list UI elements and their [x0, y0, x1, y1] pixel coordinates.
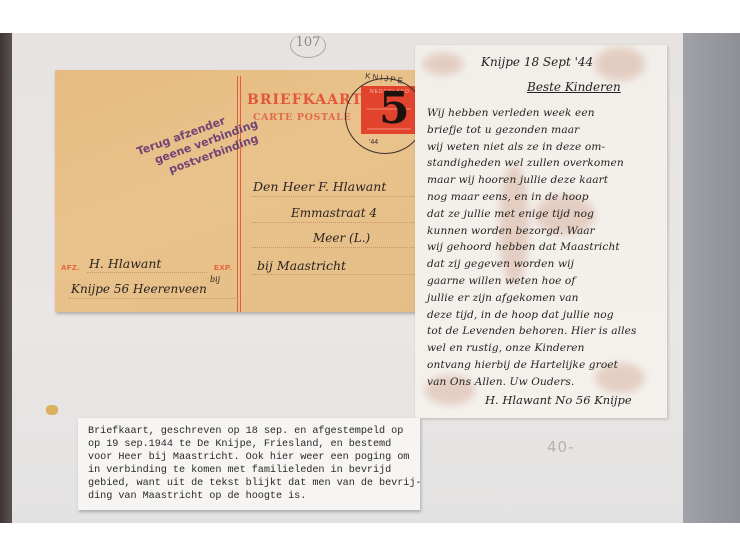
letter-line: wel en rustig, onze Kinderen	[427, 342, 585, 354]
stain	[423, 53, 463, 75]
sender-label-exp: EXP.	[214, 263, 232, 272]
sender-address: Knijpe 56 Heerenveen	[71, 282, 207, 296]
label-line: Briefkaart, geschreven op 18 sep. en afg…	[88, 426, 403, 437]
address-rule	[252, 196, 420, 197]
address-line: Meer (L.)	[313, 231, 370, 245]
letter-line: wij weten niet als ze in deze om-	[427, 141, 605, 153]
postcard-subtitle: CARTE POSTALE	[253, 112, 351, 123]
sender-name: H. Hlawant	[89, 256, 161, 271]
letter-line: standigheden wel zullen overkomen	[427, 157, 624, 169]
letter-line: Wij hebben verleden week een	[427, 107, 595, 119]
address-rule	[252, 222, 420, 223]
letter-line: wij gehoord hebben dat Maastricht	[427, 241, 620, 253]
letter-line: dat ze jullie met enige tijd nog	[427, 208, 594, 220]
letter-line: nog maar eens, en in de hoop	[427, 191, 589, 203]
sender-rule	[69, 298, 235, 299]
postcard: BRIEFKAART CARTE POSTALE NEDERLAND 5 KNI…	[55, 70, 430, 312]
letter-line: dat zij gegeven worden wij	[427, 258, 574, 270]
label-line: gebied, want uit de tekst blijkt dat men…	[88, 478, 422, 489]
stain	[595, 47, 645, 81]
sender-rule	[87, 272, 207, 273]
handwritten-letter: Knijpe 18 Sept '44 Beste Kinderen Wij he…	[415, 45, 667, 418]
letter-place-date: Knijpe 18 Sept '44	[481, 55, 593, 69]
label-line: op 19 sep.1944 te De Knijpe, Friesland, …	[88, 439, 391, 450]
photo-left-edge	[0, 33, 12, 523]
page-number: 107	[290, 33, 326, 58]
sender-label: AFZ.	[61, 263, 80, 272]
address-rule	[252, 247, 420, 248]
letter-line: jullie er zijn afgekomen van	[427, 292, 579, 304]
tape-mark	[46, 405, 58, 415]
letter-line: maar wij hooren jullie deze kaart	[427, 174, 608, 186]
letter-line: kunnen worden bezorgd. Waar	[427, 225, 595, 237]
label-line: voor Heer bij Maastricht. Ook hier weer …	[88, 452, 409, 463]
return-to-sender-stamp: Terug afzender geene verbinding postverb…	[135, 104, 265, 185]
sender-bij: bij	[210, 275, 220, 284]
letter-line: briefje tot u gezonden maar	[427, 124, 579, 136]
letter-line: tot de Levenden behoren. Hier is alles	[427, 325, 637, 337]
address-rule	[252, 274, 420, 275]
label-line: ding van Maastricht op de hoogte is.	[88, 491, 306, 502]
letter-line: gaarne willen weten hoe of	[427, 275, 575, 287]
letter-line: deze tijd, in de hoop dat jullie nog	[427, 309, 614, 321]
letter-line: ontvang hierbij de Hartelijke groet	[427, 359, 618, 371]
album-page: 107 BRIEFKAART CARTE POSTALE NEDERLAND 5…	[12, 33, 683, 523]
price-note: 40-	[547, 438, 575, 456]
address-line: Emmastraat 4	[291, 206, 377, 220]
album-photo: 107 BRIEFKAART CARTE POSTALE NEDERLAND 5…	[0, 33, 740, 523]
postmark-circle	[345, 78, 425, 154]
letter-signature: H. Hlawant No 56 Knijpe	[485, 393, 632, 407]
letter-salutation: Beste Kinderen	[527, 80, 621, 94]
postmark-date: '44	[369, 139, 378, 146]
label-line: in verbinding te komen met familieleden …	[88, 465, 391, 476]
typed-description-label: Briefkaart, geschreven op 18 sep. en afg…	[78, 418, 420, 510]
letter-line: van Ons Allen. Uw Ouders.	[427, 376, 574, 388]
address-line: bij Maastricht	[257, 258, 346, 273]
photo-right-edge	[683, 33, 740, 523]
address-line: Den Heer F. Hlawant	[253, 179, 386, 194]
